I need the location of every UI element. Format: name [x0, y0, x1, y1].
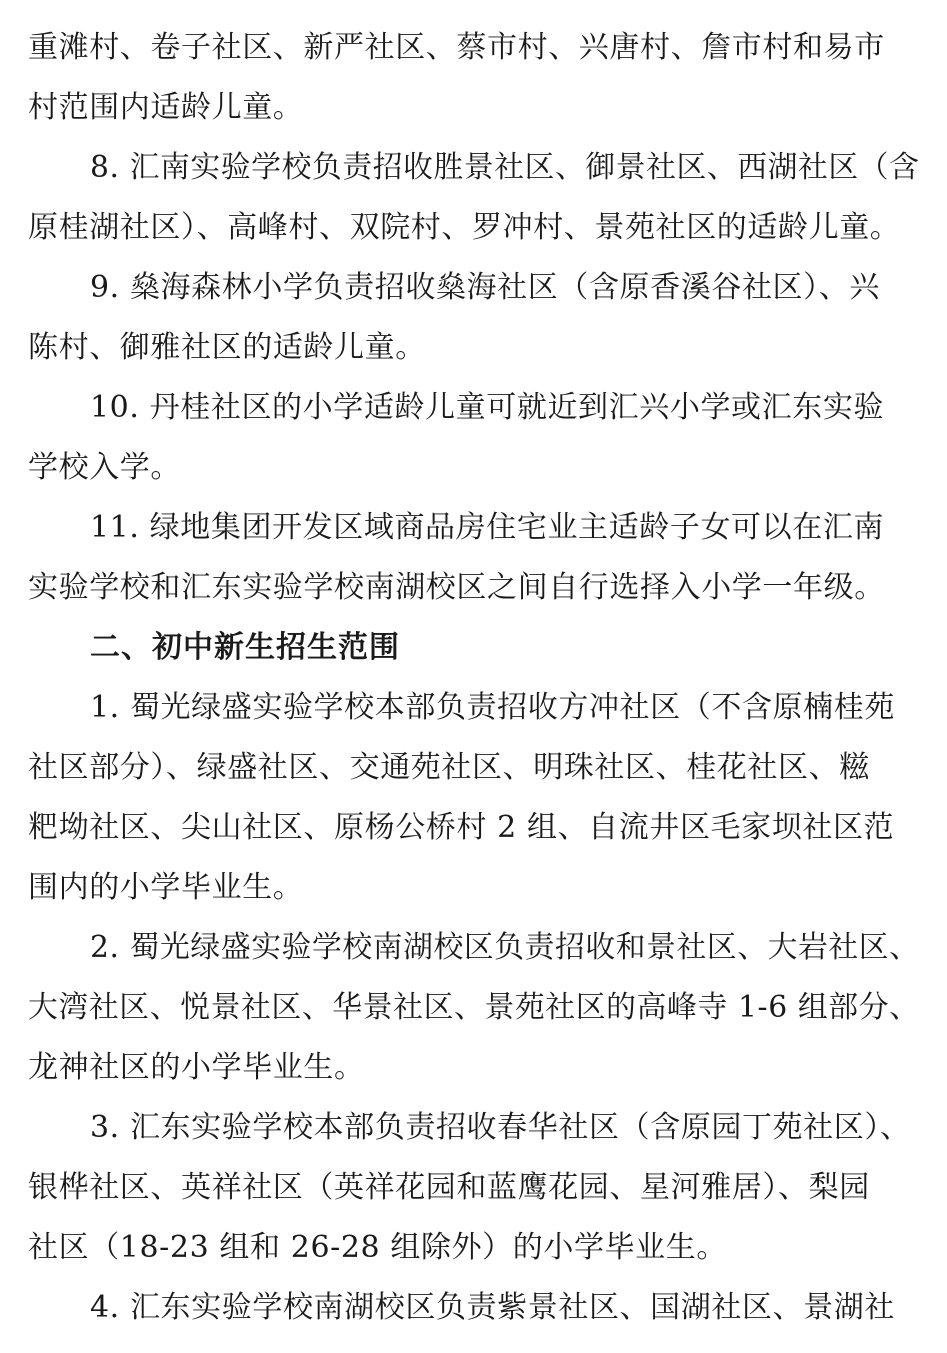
list-item-4: 4. 汇东实验学校南湖校区负责紫景社区、国湖社区、景湖社 — [90, 1288, 895, 1328]
text-line: 学校入学。 — [28, 448, 181, 488]
text-line: 银桦社区、英祥社区（英祥花园和蓝鹰花园、星河雅居）、梨园 — [28, 1168, 870, 1208]
list-item-3: 3. 汇东实验学校本部负责招收春华社区（含原园丁苑社区）、 — [90, 1108, 911, 1148]
list-item-9: 9. 燊海森林小学负责招收燊海社区（含原香溪谷社区）、兴 — [90, 268, 880, 308]
text-line: 社区部分）、绿盛社区、交通苑社区、明珠社区、桂花社区、糍 — [28, 748, 870, 788]
list-item-2: 2. 蜀光绿盛实验学校南湖校区负责招收和景社区、大岩社区、 — [90, 928, 920, 968]
text-line: 村范围内适龄儿童。 — [28, 88, 303, 128]
text-line: 重滩村、卷子社区、新严社区、蔡市村、兴唐村、詹市村和易市 — [28, 28, 885, 68]
text-line: 粑坳社区、尖山社区、原杨公桥村 2 组、自流井区毛家坝社区范 — [28, 808, 894, 848]
text-line: 原桂湖社区）、高峰村、双院村、罗冲村、景苑社区的适龄儿童。 — [28, 208, 900, 248]
text-line: 大湾社区、悦景社区、华景社区、景苑社区的高峰寺 1-6 组部分、 — [28, 988, 920, 1028]
text-line: 实验学校和汇东实验学校南湖校区之间自行选择入小学一年级。 — [28, 568, 885, 608]
list-item-8: 8. 汇南实验学校负责招收胜景社区、御景社区、西湖社区（含 — [90, 148, 920, 188]
list-item-10: 10. 丹桂社区的小学适龄儿童可就近到汇兴小学或汇东实验 — [90, 388, 884, 428]
text-line: 围内的小学毕业生。 — [28, 868, 303, 908]
list-item-11: 11. 绿地集团开发区域商品房住宅业主适龄子女可以在汇南 — [90, 508, 884, 548]
text-line: 社区（18-23 组和 26-28 组除外）的小学毕业生。 — [28, 1228, 727, 1268]
text-line: 龙神社区的小学毕业生。 — [28, 1048, 365, 1088]
list-item-1: 1. 蜀光绿盛实验学校本部负责招收方冲社区（不含原楠桂苑 — [90, 688, 895, 728]
text-line: 陈村、御雅社区的适龄儿童。 — [28, 328, 426, 368]
section-heading: 二、初中新生招生范围 — [90, 628, 400, 668]
